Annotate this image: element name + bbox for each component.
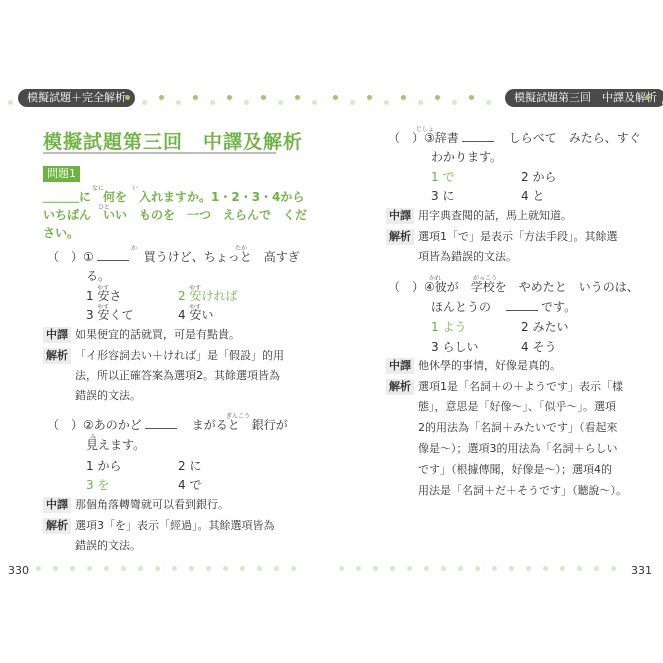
header-dots-decoration [125, 94, 329, 106]
question-4-stem-cont: ほんとうの です。 [431, 298, 576, 315]
option-3: 3 に [431, 187, 454, 204]
option-2: 2 に [178, 457, 201, 474]
analysis-line: 選項1「で」是表示「方法手段」。其餘選 [418, 229, 618, 245]
option-3: 3 安くて [86, 306, 133, 323]
analysis-line: 2的用法為「名詞＋みたいです」（看起來 [418, 420, 618, 436]
analysis-line: 態」，意思是「好像～」、「似乎～」。選項 [418, 399, 616, 415]
option-1-correct: 1 で [431, 168, 454, 185]
analysis-line: 錯誤的文法。 [75, 388, 141, 404]
question-4-stem: （ ）④彼が 学校を やめたと いうのは、 [388, 278, 639, 295]
title-underline [43, 152, 276, 154]
header-pill: 模擬試題＋完全解析 [18, 89, 135, 107]
translation-text: 那個角落轉彎就可以看到銀行。 [75, 497, 229, 513]
question-3-stem-cont: わかります。 [431, 148, 502, 165]
analysis-line: 選項3「を」表示「經過」。其餘選項皆為 [75, 518, 275, 534]
translation-label: 中譯 [386, 208, 414, 224]
option-4: 4 と [521, 187, 544, 204]
option-1-correct: 1 よう [431, 318, 466, 335]
translation-label: 中譯 [43, 327, 71, 343]
analysis-line: 項皆為錯誤的文法。 [418, 249, 517, 265]
option-1: 1 から [86, 457, 121, 474]
answer-blank [506, 300, 538, 311]
page-number: 331 [631, 564, 652, 577]
footer-dots-decoration [36, 566, 308, 571]
page-title: 模擬試題第三回 中譯及解析 [43, 127, 303, 154]
analysis-label: 解析 [43, 518, 71, 534]
right-page: 模擬試題第三回 中譯及解析 じしょ （ ）③辞書 しらべて みたら、すぐ わかり… [331, 0, 663, 663]
option-2-correct: 2 安ければ [178, 287, 237, 304]
option-4: 4 で [178, 476, 201, 493]
analysis-line: 錯誤的文法。 [75, 538, 141, 554]
instruction-line: いちばん いい ものを 一つ えらんで くだ [43, 206, 307, 223]
section-tag: 問題1 [43, 166, 80, 182]
analysis-line: 「イ形容詞去い＋ければ」是「假設」的用 [75, 348, 284, 364]
answer-blank [97, 250, 129, 261]
option-3: 3 らしい [431, 338, 478, 355]
option-2: 2 みたい [521, 318, 568, 335]
translation-text: 如果便宜的話就買，可是有點貴。 [75, 327, 240, 343]
question-2-stem: （ ）②あのかど まがると 銀行が [47, 416, 288, 433]
instruction-line: ＿＿＿に 何を 入れますか。1・2・3・4から [43, 188, 304, 205]
option-4: 4 安い [178, 306, 213, 323]
question-2-stem-cont: 見えます。 [86, 436, 145, 453]
analysis-label: 解析 [386, 229, 414, 245]
question-1-stem: （ ）① 買うけど、ちょっと 高すぎ [47, 248, 300, 265]
left-page: 模擬試題＋完全解析 模擬試題第三回 中譯及解析 問題1 なに い ＿＿＿に 何を… [0, 0, 331, 663]
instruction-line: さい。 [43, 224, 79, 241]
translation-text: 他休學的事情，好像是真的。 [418, 358, 561, 374]
translation-label: 中譯 [43, 497, 71, 513]
analysis-line: 法，所以正確答案為選項2。其餘選項皆為 [75, 368, 280, 384]
translation-text: 用字典查閱的話，馬上就知道。 [418, 208, 572, 224]
answer-blank [462, 131, 494, 142]
answer-blank [145, 418, 177, 429]
analysis-label: 解析 [386, 379, 414, 395]
analysis-line: 用法是「名詞＋だ＋そうです」（聽說～）。 [418, 483, 627, 499]
translation-label: 中譯 [386, 358, 414, 374]
option-3-correct: 3 を [86, 476, 109, 493]
analysis-label: 解析 [43, 348, 71, 364]
footer-dots-decoration [339, 566, 628, 571]
header-pill: 模擬試題第三回 中譯及解析 [505, 89, 663, 107]
page-number: 330 [8, 564, 29, 577]
question-1-stem-cont: る。 [86, 267, 110, 284]
question-3-stem: （ ）③辞書 しらべて みたら、すぐ [388, 129, 641, 146]
analysis-line: 像是～）；選項3的用法為「名詞＋らしい [418, 441, 618, 457]
header-dots-decoration [645, 94, 663, 106]
header-dots-decoration [333, 94, 503, 106]
option-2: 2 から [521, 168, 556, 185]
option-4: 4 そう [521, 338, 556, 355]
analysis-line: です」（根據傳聞，好像是～）；選項4的 [418, 462, 612, 478]
analysis-line: 選項1是「名詞＋の＋ようです」表示「樣 [418, 379, 623, 395]
